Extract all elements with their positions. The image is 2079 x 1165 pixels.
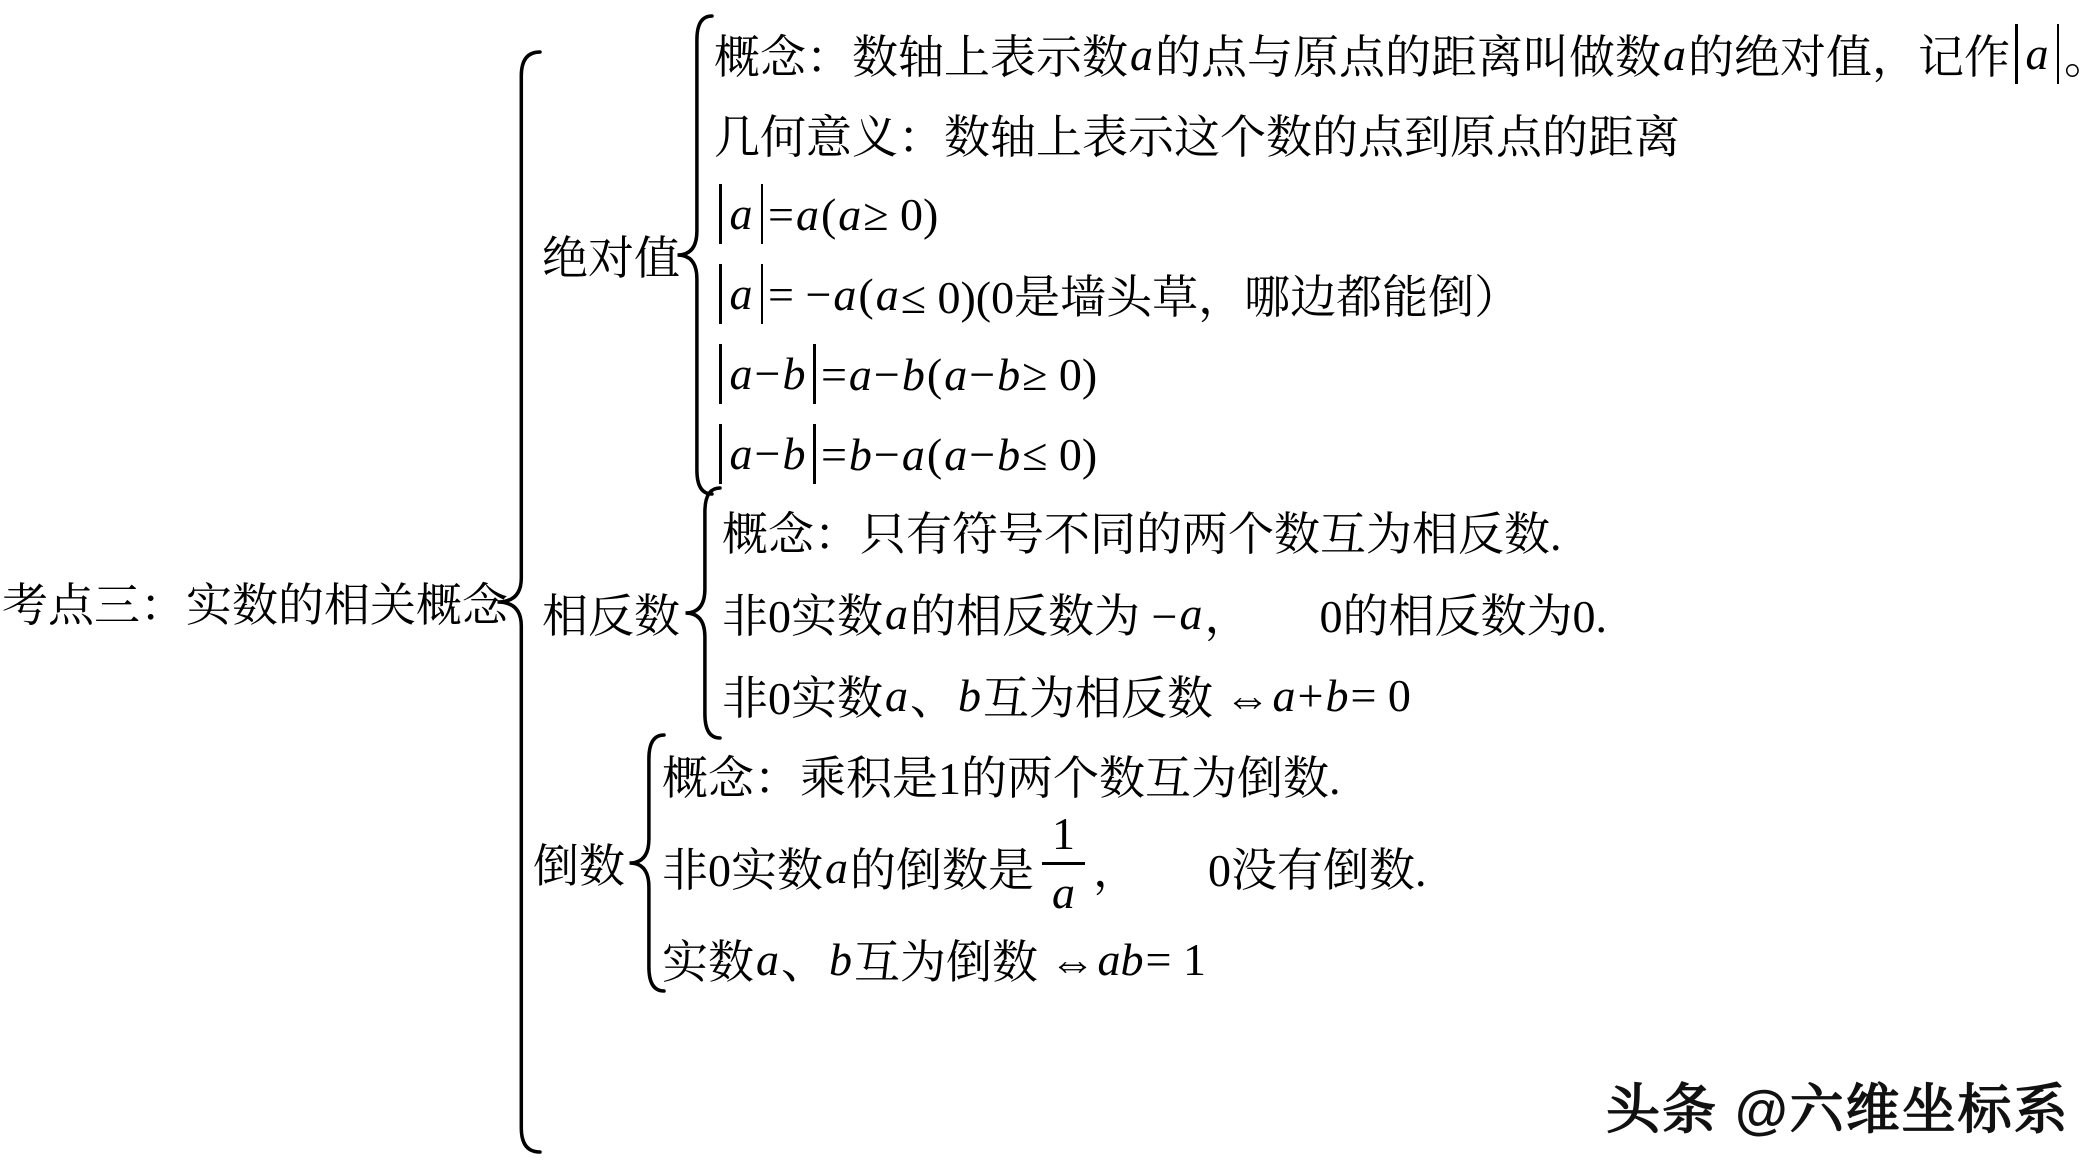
absolute-value-expr: a <box>719 264 763 324</box>
absolute-value-expr: a <box>2015 24 2059 84</box>
page-title: 考点三：实数的相关概念 <box>2 572 508 632</box>
brace-path <box>678 16 713 494</box>
text-run: ( <box>821 188 836 241</box>
math-var: a <box>2024 27 2051 80</box>
math-var: b <box>956 669 983 722</box>
content-line: a − b = a − b(a − b ≥ 0) <box>714 334 2079 414</box>
content-line: a = a(a ≥ 0) <box>714 174 2079 254</box>
text-run: ( <box>927 348 942 401</box>
math-var: b <box>995 348 1022 401</box>
text-run: = <box>821 428 847 481</box>
text-run: 的绝对值，记作 <box>1688 21 2010 87</box>
absolute-value-expr: a − b <box>719 344 816 404</box>
brace-path <box>498 52 541 1152</box>
math-var: a <box>883 587 910 640</box>
text-run: ， 0的相反数为0. <box>1204 580 1607 646</box>
content-line: 非0实数a的相反数为 −a， 0的相反数为0. <box>722 572 1607 654</box>
math-var: a <box>754 933 781 986</box>
content-line: 实数a、b互为倒数 ⇔ ab = 1 <box>662 917 1427 1001</box>
math-var: b <box>1323 669 1350 722</box>
text-run: = − <box>768 268 831 321</box>
math-var: a <box>1128 28 1155 81</box>
content-line: a − b = b − a(a − b ≤ 0) <box>714 414 2079 494</box>
text-run: − <box>755 427 781 480</box>
math-var: a <box>794 188 821 241</box>
text-run: 互为倒数 ⇔ <box>854 926 1096 992</box>
math-var: a <box>1271 669 1298 722</box>
math-var: a <box>883 669 910 722</box>
fraction-numerator: 1 <box>1042 809 1085 865</box>
text-run: ≤ 0) <box>1022 428 1097 481</box>
content-line: 非0实数a、b互为相反数 ⇔ a + b = 0 <box>722 654 1607 736</box>
text-run: = <box>768 188 794 241</box>
text-run: − <box>874 348 900 401</box>
math-var: a <box>1661 28 1688 81</box>
content-line: 概念：数轴上表示数a的点与原点的距离叫做数 a的绝对值，记作 a。 <box>714 14 2079 94</box>
text-run: = 1 <box>1146 933 1206 986</box>
branch-label-reciprocal: 倒数 <box>533 837 625 889</box>
fraction-denominator: a <box>1042 865 1085 918</box>
math-var: b <box>847 428 874 481</box>
math-var: a <box>823 841 850 894</box>
text-run: ， 0没有倒数. <box>1093 834 1427 900</box>
text-run: 互为相反数 ⇔ <box>983 662 1271 728</box>
text-run: = <box>821 348 847 401</box>
math-var: a <box>1177 587 1204 640</box>
text-run: 概念：只有符号不同的两个数互为相反数. <box>722 498 1562 564</box>
text-run: − <box>755 347 781 400</box>
text-run: 非0实数 <box>722 580 883 646</box>
math-var: a <box>847 348 874 401</box>
text-run: − <box>969 348 995 401</box>
math-var: a <box>831 268 858 321</box>
content-line: 非0实数a的倒数是 1a， 0没有倒数. <box>662 817 1427 917</box>
math-var: a <box>874 268 901 321</box>
concept-map: 考点三：实数的相关概念 绝对值 概念：数轴上表示数a的点与原点的距离叫做数 a的… <box>0 0 2079 1165</box>
math-var: a <box>942 428 969 481</box>
text-run: = 0 <box>1350 669 1410 722</box>
text-run: 非0实数 <box>662 834 823 900</box>
text-run: − <box>969 428 995 481</box>
watermark: 头条 @六维坐标系 <box>1606 1072 2070 1138</box>
brace-path <box>630 735 665 991</box>
text-run: 几何意义：数轴上表示这个数的点到原点的距离 <box>714 101 1680 167</box>
math-var: b <box>780 427 807 480</box>
fraction: 1a <box>1042 809 1085 917</box>
text-run: 实数 <box>662 926 754 992</box>
opposite-number-brace <box>684 486 722 740</box>
text-run: ≥ 0) <box>863 188 938 241</box>
math-var: b <box>900 348 927 401</box>
content-line: 几何意义：数轴上表示这个数的点到原点的距离 <box>714 94 2079 174</box>
math-var: b <box>827 933 854 986</box>
math-var: a <box>728 427 755 480</box>
text-run: 概念：数轴上表示数 <box>714 21 1128 87</box>
math-var: ab <box>1096 933 1146 986</box>
content-line: 概念：只有符号不同的两个数互为相反数. <box>722 490 1607 572</box>
text-run: 概念：乘积是1的两个数互为倒数. <box>662 742 1341 808</box>
text-run: 。 <box>2064 21 2079 87</box>
text-run: − <box>874 428 900 481</box>
absolute-value-content: 概念：数轴上表示数a的点与原点的距离叫做数 a的绝对值，记作 a。几何意义：数轴… <box>714 14 2079 494</box>
math-var: a <box>728 187 755 240</box>
content-line: 概念：乘积是1的两个数互为倒数. <box>662 733 1427 817</box>
text-run: ( <box>858 268 873 321</box>
text-run: ≥ 0) <box>1022 348 1097 401</box>
branch-label-opposite-number: 相反数 <box>542 587 680 639</box>
absolute-value-brace <box>676 14 714 496</box>
reciprocal-brace <box>628 733 666 993</box>
brace-path <box>686 488 721 738</box>
text-run: 的倒数是 <box>850 834 1034 900</box>
root-brace <box>496 50 542 1154</box>
math-var: b <box>995 428 1022 481</box>
math-var: a <box>942 348 969 401</box>
branch-label-absolute-value: 绝对值 <box>542 229 680 281</box>
content-line: a = −a(a ≤ 0)(0是墙头草，哪边都能倒） <box>714 254 2079 334</box>
opposite-number-content: 概念：只有符号不同的两个数互为相反数.非0实数a的相反数为 −a， 0的相反数为… <box>722 490 1607 736</box>
text-run: 的点与原点的距离叫做数 <box>1155 21 1661 87</box>
reciprocal-content: 概念：乘积是1的两个数互为倒数.非0实数a的倒数是 1a， 0没有倒数.实数a、… <box>662 733 1427 1001</box>
text-run: 的相反数为 − <box>910 580 1177 646</box>
text-run: 、 <box>910 662 956 728</box>
text-run: 、 <box>781 926 827 992</box>
math-var: a <box>728 347 755 400</box>
text-run: 非0实数 <box>722 662 883 728</box>
math-var: a <box>836 188 863 241</box>
math-var: b <box>780 347 807 400</box>
text-run: ( <box>927 428 942 481</box>
text-run: + <box>1298 669 1324 722</box>
math-var: a <box>900 428 927 481</box>
absolute-value-expr: a − b <box>719 424 816 484</box>
math-var: a <box>728 267 755 320</box>
absolute-value-expr: a <box>719 184 763 244</box>
text-run: ≤ 0)(0是墙头草，哪边都能倒） <box>901 261 1520 327</box>
